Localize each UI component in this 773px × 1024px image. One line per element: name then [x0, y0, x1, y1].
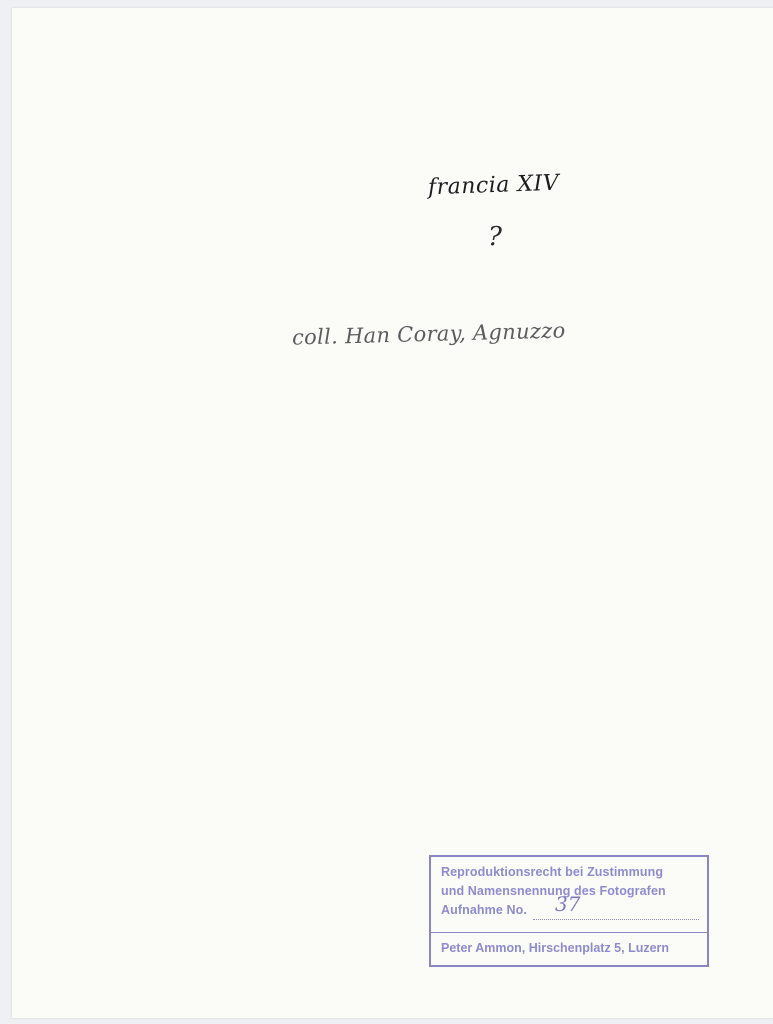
aufnahme-number-field: 37 [533, 901, 699, 920]
photographer-stamp: Reproduktionsrecht bei Zustimmung und Na… [429, 855, 709, 967]
aufnahme-number: 37 [555, 895, 581, 914]
stamp-address: Peter Ammon, Hirschenplatz 5, Luzern [431, 933, 707, 955]
handwritten-question-mark: ? [488, 222, 502, 252]
stamp-rights-line-1: Reproduktionsrecht bei Zustimmung [441, 863, 699, 882]
stamp-rights-section: Reproduktionsrecht bei Zustimmung und Na… [431, 857, 707, 933]
handwritten-attribution: francia XIV [428, 171, 560, 201]
stamp-aufnahme-row: Aufnahme No. 37 [441, 901, 699, 920]
aufnahme-label: Aufnahme No. [441, 901, 527, 920]
